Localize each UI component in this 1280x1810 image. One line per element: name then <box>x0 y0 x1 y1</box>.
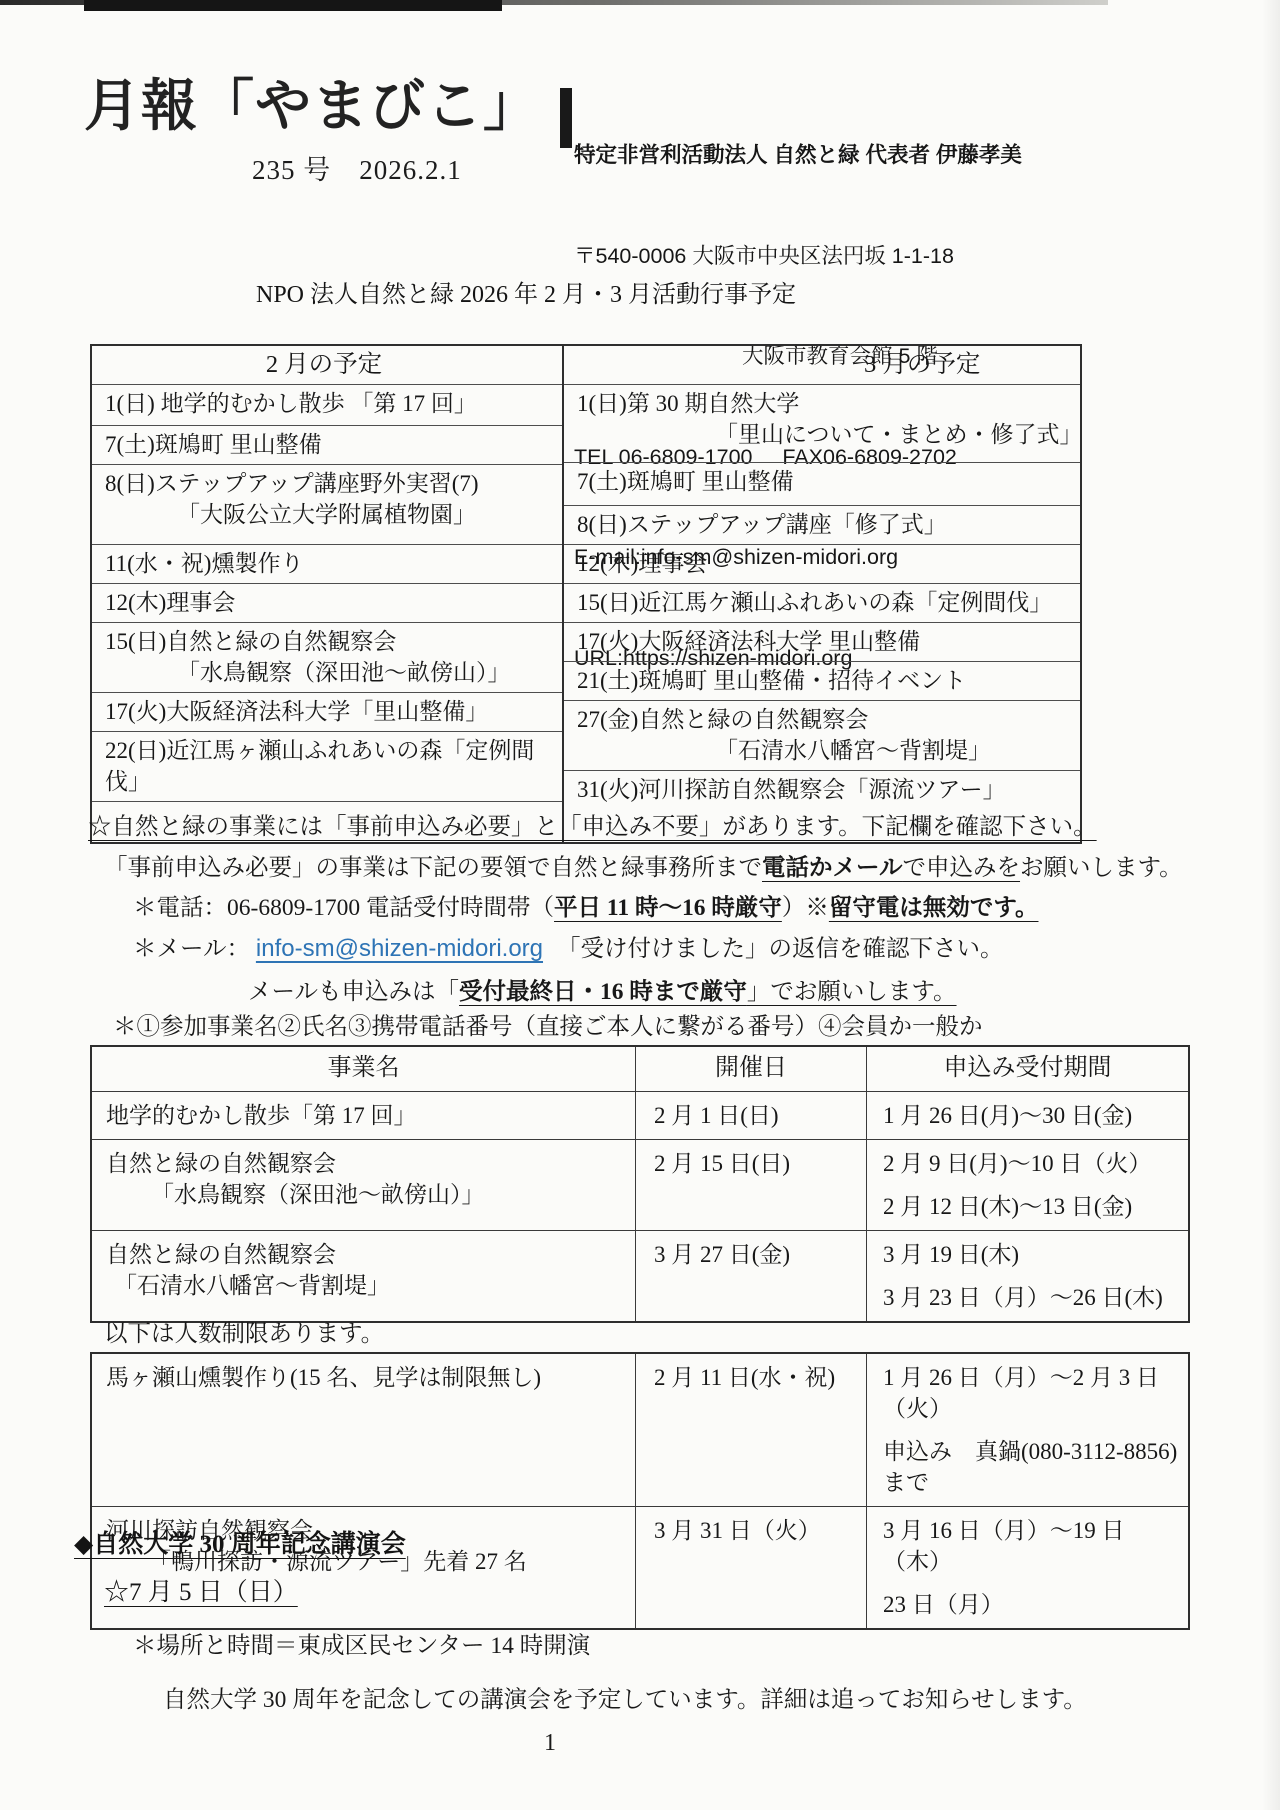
note-mail: ＊メール： info-sm@shizen-midori.org「受け付けました」… <box>0 933 1280 965</box>
schedule-column-february: 2 月の予定 1(日) 地学的むかし散歩 「第 17 回」 7(土)斑鳩町 里山… <box>92 346 564 842</box>
anniversary-detail: 自然大学 30 周年を記念しての講演会を予定しています。詳細は追ってお知らせしま… <box>163 1680 1087 1714</box>
note-star: ☆自然と緑の事業には「事前申込み必要」と「申込み不要」があります。下記欄を確認下… <box>0 812 1280 843</box>
table-row: 1(日)第 30 期自然大学 「里山について・まとめ・修了式」 <box>564 385 1080 463</box>
note-apply-method: 「事前申込み必要」の事業は下記の要領で自然と緑事務所まで電話かメールで申込みをお… <box>0 853 1280 884</box>
table-row: 21(土)斑鳩町 里山整備・招待イベント <box>564 662 1080 701</box>
note-required-items: ＊①参加事業名②氏名③携帯電話番号（直接ご本人に繋がる番号）④会員か一般か <box>0 1012 1280 1043</box>
anniversary-heading: ◆自然大学 30 周年記念講演会 <box>74 1524 406 1560</box>
column-header-march: 3 月の予定 <box>564 346 1080 385</box>
table-row: 15(日)自然と緑の自然観察会 「水鳥観察（深田池～畝傍山）」 <box>92 623 562 693</box>
table-row: 自然と緑の自然観察会 「石清水八幡宮～背割堤」 3 月 27 日(金) 3 月 … <box>92 1231 1188 1321</box>
schedule-column-march: 3 月の予定 1(日)第 30 期自然大学 「里山について・まとめ・修了式」 7… <box>564 346 1080 842</box>
table-row: 自然と緑の自然観察会 「水鳥観察（深田池～畝傍山）」 2 月 15 日(日) 2… <box>92 1140 1188 1231</box>
table-row: 17(火)大阪経済法科大学「里山整備」 <box>92 693 562 732</box>
org-name-line: 特定非営利活動法人 自然と緑 代表者 伊藤孝美 <box>574 139 1022 173</box>
table-row: 7(土)斑鳩町 里山整備 <box>92 426 562 465</box>
schedule-table-title: NPO 法人自然と緑 2026 年 2 月・3 月活動行事予定 <box>90 274 1082 309</box>
page-number: 1 <box>0 1730 1100 1757</box>
table-row: 地学的むかし散歩「第 17 回」 2 月 1 日(日) 1 月 26 日(月)～… <box>92 1092 1188 1140</box>
email-link[interactable]: info-sm@shizen-midori.org <box>256 935 543 962</box>
table-row: 8(日)ステップアップ講座野外実習(7) 「大阪公立大学附属植物園」 <box>92 465 562 545</box>
table-row: 7(土)斑鳩町 里山整備 <box>564 463 1080 506</box>
scan-artifact-top-blob <box>84 0 502 11</box>
table-header-row: 事業名 開催日 申込み受付期間 <box>92 1047 1188 1092</box>
column-header-february: 2 月の予定 <box>92 346 562 385</box>
table-row: 17(火)大阪経済法科大学 里山整備 <box>564 623 1080 662</box>
column-header-period: 申込み受付期間 <box>867 1047 1188 1091</box>
newsletter-title: 月報「やまびこ」 <box>84 62 540 142</box>
application-notes: ☆自然と緑の事業には「事前申込み必要」と「申込み不要」があります。下記欄を確認下… <box>0 812 1280 1053</box>
application-table: 事業名 開催日 申込み受付期間 地学的むかし散歩「第 17 回」 2 月 1 日… <box>90 1045 1190 1323</box>
table-row: 22(日)近江馬ヶ瀬山ふれあいの森「定例間伐」 <box>92 732 562 802</box>
table-row: 11(水・祝)燻製作り <box>92 545 562 584</box>
table-row: 27(金)自然と緑の自然観察会 「石清水八幡宮～背割堤」 <box>564 701 1080 771</box>
schedule-table: 2 月の予定 1(日) 地学的むかし散歩 「第 17 回」 7(土)斑鳩町 里山… <box>90 344 1082 844</box>
org-address-line: 〒540-0006 大阪市中央区法円坂 1-1-18 <box>574 240 1022 274</box>
table-row: 31(火)河川探訪自然観察会「源流ツアー」 <box>564 771 1080 810</box>
table-row: 15(日)近江馬ケ瀬山ふれあいの森「定例間伐」 <box>564 584 1080 623</box>
table-row: 12(木)理事会 <box>564 545 1080 584</box>
issue-number: 235 号 2026.2.1 <box>252 148 462 187</box>
scan-artifact-mark <box>560 88 572 148</box>
table-row: 12(木)理事会 <box>92 584 562 623</box>
column-header-date: 開催日 <box>636 1047 867 1091</box>
anniversary-date: ☆7 月 5 日（日） <box>104 1572 298 1608</box>
table-row: 馬ヶ瀬山燻製作り(15 名、見学は制限無し) 2 月 11 日(水・祝) 1 月… <box>92 1354 1188 1507</box>
column-header-event: 事業名 <box>92 1047 636 1091</box>
scanned-page: 月報「やまびこ」 235 号 2026.2.1 特定非営利活動法人 自然と緑 代… <box>0 0 1280 1810</box>
note-mail-deadline: メールも申込みは「受付最終日・16 時まで厳守」でお願いします。 <box>0 977 1280 1008</box>
note-phone: ＊電話：06-6809-1700 電話受付時間帯（平日 11 時～16 時厳守）… <box>0 893 1280 924</box>
anniversary-place: ＊場所と時間＝東成区民センター 14 時開演 <box>133 1626 590 1660</box>
table-row: 1(日) 地学的むかし散歩 「第 17 回」 <box>92 385 562 426</box>
table-row: 8(日)ステップアップ講座「修了式」 <box>564 506 1080 545</box>
limit-note: 以下は人数制限あります。 <box>104 1314 384 1348</box>
